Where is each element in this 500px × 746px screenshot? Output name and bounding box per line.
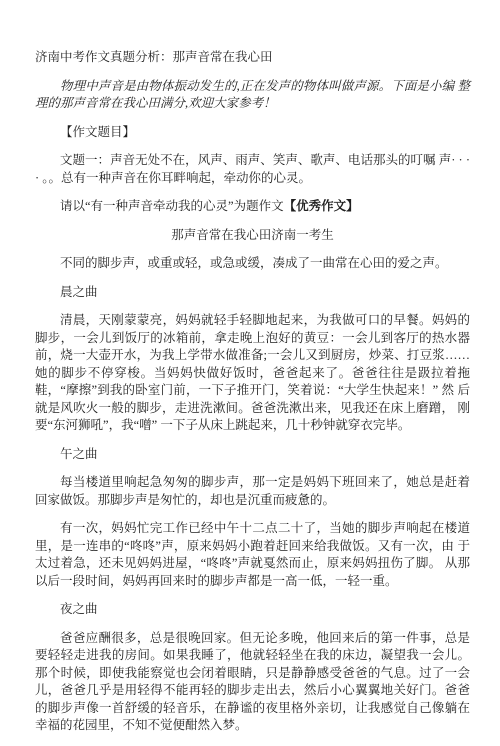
request-line: 请以“有一种声音牵动我的心灵”为题作文【优秀作文】 bbox=[35, 198, 470, 216]
noon-paragraph-2: 有一次，妈妈忙完工作已经中午十二点二十了，当她的脚步声响起在楼道 里，是一连串的… bbox=[35, 520, 470, 590]
noon-heading: 午之曲 bbox=[35, 446, 470, 464]
noon-paragraph-1: 每当楼道里响起急匆匆的脚步声，那一定是妈妈下班回来了，她总是赶着 回家做饭。那脚… bbox=[35, 474, 470, 509]
document-title: 济南中考作文真题分析：那声音常在我心田 bbox=[35, 49, 470, 67]
morning-paragraph: 清晨，天刚蒙蒙亮，妈妈就轻手轻脚地起来，为我做可口的早餐。妈妈的 脚步，一会儿到… bbox=[35, 312, 470, 435]
prompt-paragraph: 文题一：声音无处不在，风声、雨声、笑声、歌声、电话那头的叮嘱 声· · · · … bbox=[35, 152, 470, 187]
intro-paragraph: 物理中声音是由物体振动发生的,正在发声的物体叫做声源。下面是小编 整理的那声音常… bbox=[35, 78, 470, 113]
topic-heading: 【作文题目】 bbox=[35, 124, 470, 142]
morning-heading: 晨之曲 bbox=[35, 284, 470, 302]
excellent-essay-label: 【优秀作文】 bbox=[284, 199, 359, 213]
document-page: 济南中考作文真题分析：那声音常在我心田 物理中声音是由物体振动发生的,正在发声的… bbox=[0, 0, 500, 746]
essay-title: 那声音常在我心田济南一考生 bbox=[35, 227, 470, 245]
night-paragraph: 爸爸应酬很多，总是很晚回家。但无论多晚，他回来后的第一件事，总是 要轻轻走进我的… bbox=[35, 630, 470, 735]
lead-paragraph: 不同的脚步声，或重或轻，或急或缓，凑成了一曲常在心田的爱之声。 bbox=[35, 255, 470, 273]
request-text: 请以“有一种声音牵动我的心灵”为题作文 bbox=[60, 199, 284, 213]
night-heading: 夜之曲 bbox=[35, 601, 470, 619]
